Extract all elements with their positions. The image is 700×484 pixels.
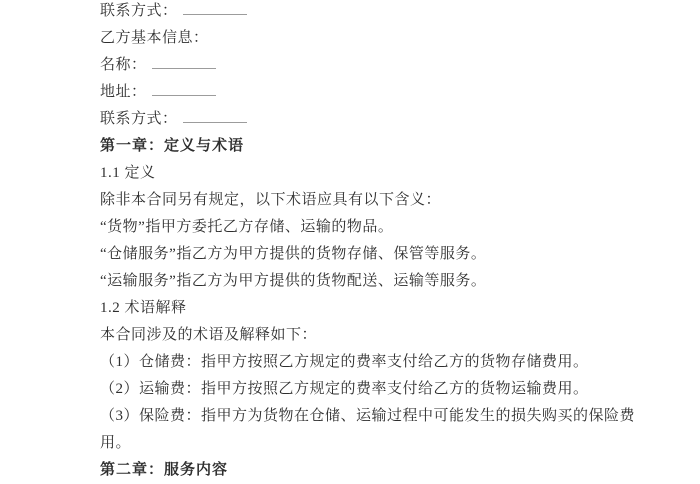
form-field-line: 名称： [100, 52, 620, 79]
text-line: 除非本合同另有规定，以下术语应具有以下含义： [100, 187, 620, 214]
blank-underline [152, 53, 216, 69]
blank-underline [152, 80, 216, 96]
text-line: “仓储服务”指乙方为甲方提供的货物存储、保管等服务。 [100, 241, 620, 268]
field-label: 联系方式： [100, 111, 178, 127]
form-field-line: 联系方式： [100, 106, 620, 133]
document-lines: 联系方式：乙方基本信息：名称：地址：联系方式：第一章：定义与术语1.1 定义除非… [100, 0, 620, 470]
text-line: “货物”指甲方委托乙方存储、运输的物品。 [100, 214, 620, 241]
text-line: （2）运输费：指甲方按照乙方规定的费率支付给乙方的货物运输费用。 [100, 376, 620, 403]
text-line: 乙方基本信息： [100, 25, 620, 52]
field-label: 名称： [100, 57, 147, 73]
field-label: 地址： [100, 84, 147, 100]
chapter-heading: 第一章：定义与术语 [100, 133, 620, 160]
text-line: “运输服务”指乙方为甲方提供的货物配送、运输等服务。 [100, 268, 620, 295]
field-label: 联系方式： [100, 3, 178, 19]
text-line: 本合同涉及的术语及解释如下： [100, 322, 620, 349]
blank-underline [183, 107, 247, 123]
contract-document-page: 联系方式：乙方基本信息：名称：地址：联系方式：第一章：定义与术语1.1 定义除非… [0, 0, 700, 470]
text-line: （3）保险费：指甲方为货物在仓储、运输过程中可能发生的损失购买的保险费 [100, 403, 620, 430]
text-line: 1.1 定义 [100, 160, 620, 187]
form-field-line: 联系方式： [100, 0, 620, 25]
text-line: （1）仓储费：指甲方按照乙方规定的费率支付给乙方的货物存储费用。 [100, 349, 620, 376]
chapter-heading: 第二章：服务内容 [100, 457, 620, 470]
text-line: 1.2 术语解释 [100, 295, 620, 322]
blank-underline [183, 0, 247, 15]
text-line: 用。 [100, 430, 620, 457]
form-field-line: 地址： [100, 79, 620, 106]
